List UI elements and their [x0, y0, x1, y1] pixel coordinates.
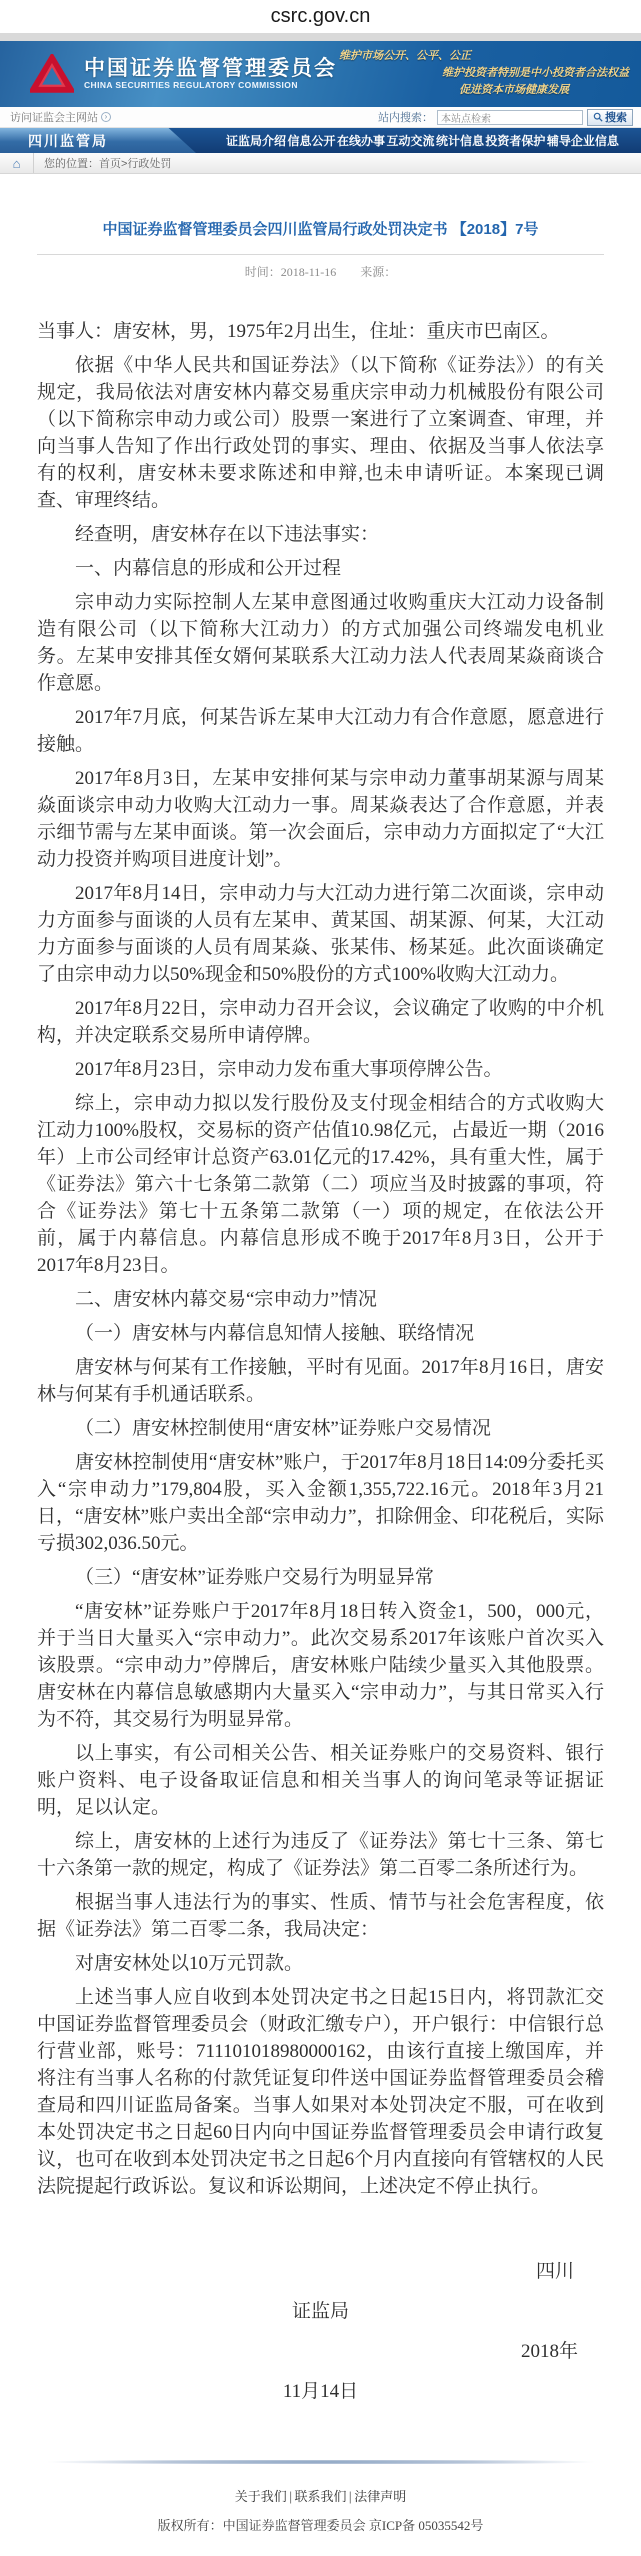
search-button[interactable]: 搜索	[587, 109, 633, 126]
magnifier-icon	[593, 112, 603, 122]
article-paragraph: “唐安林”证券账户于2017年8月18日转入资金1，500，000元，并于当日大…	[37, 1598, 604, 1733]
breadcrumb: ⌂ 您的位置： 首页>行政处罚	[0, 153, 641, 174]
article-title: 中国证券监督管理委员会四川监管局行政处罚决定书 【2018】7号	[37, 220, 604, 240]
org-name-cn: 中国证券监督管理委员会	[84, 57, 337, 80]
footer-divider	[0, 2460, 641, 2464]
article-paragraph: 对唐安林处以10万元罚款。	[37, 1950, 604, 1977]
article-paragraph: 2017年8月14日，宗申动力与大江动力进行第二次面谈，宗申动力方面参与面谈的人…	[37, 880, 604, 988]
signature-line: 11月14日	[37, 2372, 604, 2412]
signature-block: 四川证监局2018年11月14日	[37, 2252, 604, 2412]
nav-item[interactable]: 信息公开	[287, 132, 335, 149]
article-paragraph: 一、内幕信息的形成和公开过程	[37, 555, 604, 582]
footer-link[interactable]: 法律声明	[347, 2489, 407, 2504]
browser-title-bar: csrc.gov.cn	[0, 0, 641, 33]
article-paragraph: 宗申动力实际控制人左某申意图通过收购重庆大江动力设备制造有限公司（以下简称大江动…	[37, 589, 604, 697]
nav-item[interactable]: 在线办事	[337, 132, 385, 149]
csrc-triangle-logo-icon	[30, 54, 74, 94]
nav-item[interactable]: 互动交流	[386, 132, 434, 149]
nav-item[interactable]: 证监局介绍	[226, 132, 286, 149]
home-icon: ⌂	[13, 157, 21, 170]
article-paragraph: 2017年8月23日，宗申动力发布重大事项停牌公告。	[37, 1056, 604, 1083]
slogan-line: 维护市场公开、公平、公正	[339, 48, 629, 65]
nav-item[interactable]: 投资者保护	[485, 132, 545, 149]
search-input[interactable]	[437, 110, 583, 125]
article-paragraph: 2017年7月底，何某告诉左某申大江动力有合作意愿，愿意进行接触。	[37, 704, 604, 758]
bureau-tab-label: 四川监管局	[28, 131, 108, 151]
main-site-link-label: 访问证监会主网站	[10, 109, 98, 125]
article-paragraph: 依据《中华人民共和国证券法》（以下简称《证券法》）的有关规定，我局依法对唐安林内…	[37, 352, 604, 514]
article-body: 当事人：唐安林，男，1975年2月出生，住址：重庆市巴南区。依据《中华人民共和国…	[37, 318, 604, 2200]
nav-items: 证监局介绍信息公开在线办事互动交流统计信息投资者保护辅导企业信息	[196, 128, 641, 153]
bureau-tab[interactable]: 四川监管局	[0, 128, 196, 153]
main-nav: 四川监管局 证监局介绍信息公开在线办事互动交流统计信息投资者保护辅导企业信息	[0, 128, 641, 153]
footer-link[interactable]: 关于我们	[235, 2489, 287, 2504]
article-paragraph: （二）唐安林控制使用“唐安林”证券账户交易情况	[37, 1415, 604, 1442]
article: 中国证券监督管理委员会四川监管局行政处罚决定书 【2018】7号 时间：2018…	[0, 220, 641, 2412]
slogan-line: 促进资本市场健康发展	[339, 82, 629, 99]
article-paragraph: 上述当事人应自收到本处罚决定书之日起15日内，将罚款汇交中国证券监督管理委员会（…	[37, 1984, 604, 2200]
article-paragraph: 唐安林控制使用“唐安林”账户，于2017年8月18日14:09分委托买入“宗申动…	[37, 1449, 604, 1557]
article-paragraph: 综上，宗申动力拟以发行股份及支付现金相结合的方式收购大江动力100%股权，交易标…	[37, 1090, 604, 1279]
article-paragraph: 经查明，唐安林存在以下违法事实：	[37, 521, 604, 548]
org-name-en: CHINA SECURITIES REGULATORY COMMISSION	[84, 80, 337, 91]
signature-line: 2018年	[37, 2332, 604, 2372]
article-paragraph: 唐安林与何某有工作接触，平时有见面。2017年8月16日，唐安林与何某有手机通话…	[37, 1354, 604, 1408]
article-paragraph: 当事人：唐安林，男，1975年2月出生，住址：重庆市巴南区。	[37, 318, 604, 345]
search-label: 站内搜索：	[378, 109, 433, 125]
nav-item[interactable]: 辅导企业信息	[547, 132, 619, 149]
sub-header-strip: 访问证监会主网站 › 站内搜索： 搜索	[0, 107, 641, 128]
search-button-label: 搜索	[605, 109, 627, 125]
signature-line: 四川	[37, 2252, 604, 2292]
article-paragraph: 2017年8月22日，宗申动力召开会议，会议确定了收购的中介机构，并决定联系交易…	[37, 995, 604, 1049]
page-footer: 关于我们联系我们法律声明 版权所有：中国证券监督管理委员会 京ICP备 0503…	[0, 2460, 641, 2556]
footer-link[interactable]: 联系我们	[287, 2489, 347, 2504]
footer-links: 关于我们联系我们法律声明	[0, 2486, 641, 2505]
nav-item[interactable]: 统计信息	[436, 132, 484, 149]
site-banner: 中国证券监督管理委员会 CHINA SECURITIES REGULATORY …	[0, 41, 641, 107]
site-search: 站内搜索： 搜索	[378, 109, 633, 126]
article-paragraph: 以上事实，有公司相关公告、相关证券账户的交易资料、银行账户资料、电子设备取证信息…	[37, 1740, 604, 1821]
circle-arrow-icon: ›	[101, 112, 111, 122]
article-paragraph: 根据当事人违法行为的事实、性质、情节与社会危害程度，依据《证券法》第二百零二条，…	[37, 1889, 604, 1943]
article-paragraph: （一）唐安林与内幕信息知情人接触、联络情况	[37, 1320, 604, 1347]
title-divider	[37, 254, 604, 255]
page-url-text: csrc.gov.cn	[271, 5, 371, 28]
csrc-logo[interactable]: 中国证券监督管理委员会 CHINA SECURITIES REGULATORY …	[30, 54, 337, 94]
breadcrumb-label: 您的位置：	[44, 155, 99, 171]
signature-line: 证监局	[37, 2292, 604, 2332]
main-site-link[interactable]: 访问证监会主网站 ›	[10, 109, 111, 125]
breadcrumb-path[interactable]: 首页>行政处罚	[99, 155, 171, 171]
article-paragraph: 二、唐安林内幕交易“宗申动力”情况	[37, 1286, 604, 1313]
divider-strip	[0, 33, 641, 41]
footer-copyright: 版权所有：中国证券监督管理委员会 京ICP备 05035542号	[0, 2515, 641, 2534]
article-paragraph: 综上，唐安林的上述行为违反了《证券法》第七十三条、第七十六条第一款的规定，构成了…	[37, 1828, 604, 1882]
article-paragraph: 2017年8月3日，左某申安排何某与宗申动力董事胡某源与周某焱面谈宗申动力收购大…	[37, 765, 604, 873]
slogan-line: 维护投资者特别是中小投资者合法权益	[339, 65, 629, 82]
home-button[interactable]: ⌂	[0, 153, 34, 173]
banner-slogans: 维护市场公开、公平、公正维护投资者特别是中小投资者合法权益促进资本市场健康发展	[339, 48, 629, 99]
article-paragraph: （三）“唐安林”证券账户交易行为明显异常	[37, 1564, 604, 1591]
article-meta: 时间：2018-11-16 来源：	[37, 263, 604, 280]
